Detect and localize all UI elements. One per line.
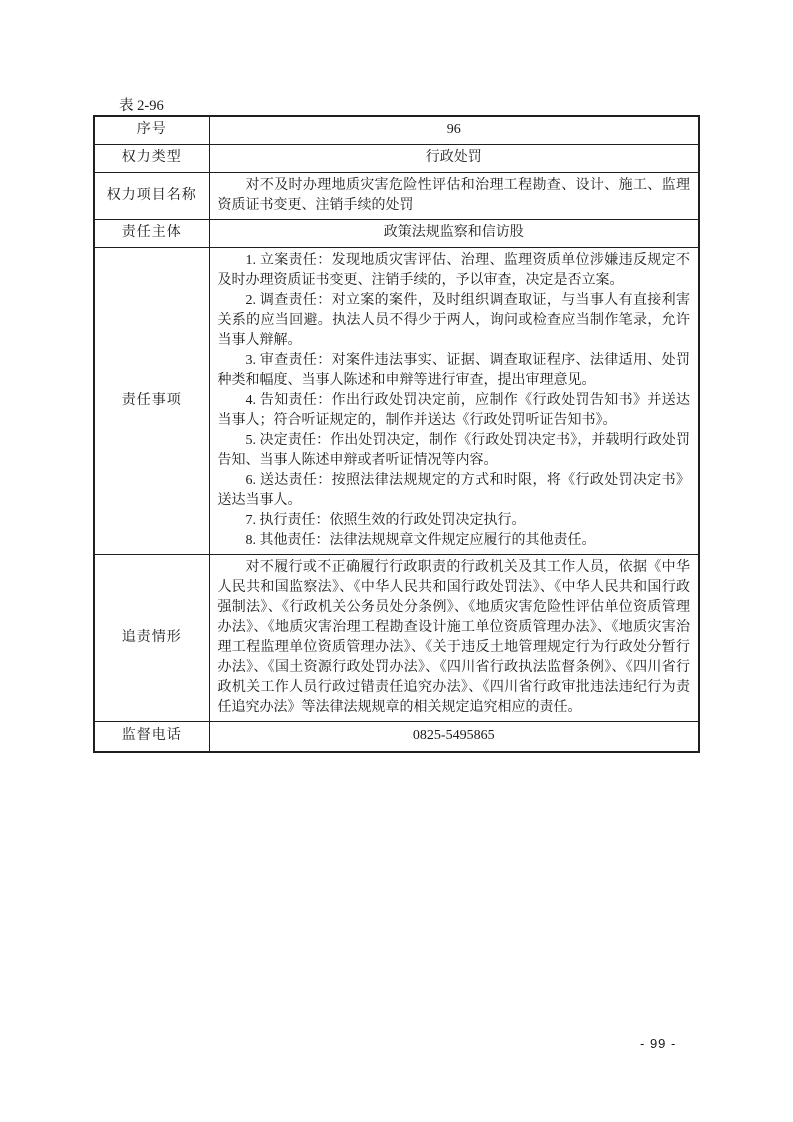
duty-matters-value: 1. 立案责任：发现地质灾害评估、治理、监理资质单位涉嫌违反规定不及时办理资质证… (209, 247, 699, 554)
serial-value: 96 (209, 116, 699, 144)
duty-item: 6. 送达责任：按照法律法规规定的方式和时限，将《行政处罚决定书》送达当事人。 (218, 471, 691, 511)
table-caption: 表 2-96 (119, 94, 164, 115)
accountability-label: 追责情形 (94, 554, 209, 721)
table-row-duty-matters: 责任事项 1. 立案责任：发现地质灾害评估、治理、监理资质单位涉嫌违反规定不及时… (94, 247, 699, 554)
table-row-responsible-body: 责任主体 政策法规监察和信访股 (94, 219, 699, 247)
table-row-power-type: 权力类型 行政处罚 (94, 144, 699, 172)
power-type-value: 行政处罚 (209, 144, 699, 172)
duty-item: 4. 告知责任：作出行政处罚决定前，应制作《行政处罚告知书》并送达当事人；符合听… (218, 391, 691, 431)
duty-item: 5. 决定责任：作出处罚决定，制作《行政处罚决定书》，并载明行政处罚告知、当事人… (218, 431, 691, 471)
duty-item: 3. 审查责任：对案件违法事实、证据、调查取证程序、法律适用、处罚种类和幅度、当… (218, 351, 691, 391)
duty-item: 7. 执行责任：依照生效的行政处罚决定执行。 (218, 511, 691, 531)
supervision-phone-value: 0825-5495865 (209, 721, 699, 752)
power-item-name-value: 对不及时办理地质灾害危险性评估和治理工程勘查、设计、施工、监理资质证书变更、注销… (209, 172, 699, 219)
responsible-body-label: 责任主体 (94, 219, 209, 247)
document-page: 表 2-96 序号 96 权力类型 行政处罚 权力项目名称 对不及时办理地质灾害… (0, 0, 793, 1122)
duty-item: 1. 立案责任：发现地质灾害评估、治理、监理资质单位涉嫌违反规定不及时办理资质证… (218, 251, 691, 291)
power-item-name-text: 对不及时办理地质灾害危险性评估和治理工程勘查、设计、施工、监理资质证书变更、注销… (218, 176, 691, 216)
duty-item: 2. 调查责任：对立案的案件，及时组织调查取证，与当事人有直接利害关系的应当回避… (218, 291, 691, 351)
accountability-text: 对不履行或不正确履行行政职责的行政机关及其工作人员，依据《中华人民共和国监察法》… (218, 558, 691, 718)
page-number: - 99 - (640, 1036, 676, 1051)
accountability-value: 对不履行或不正确履行行政职责的行政机关及其工作人员，依据《中华人民共和国监察法》… (209, 554, 699, 721)
supervision-phone-label: 监督电话 (94, 721, 209, 752)
table-row-accountability: 追责情形 对不履行或不正确履行行政职责的行政机关及其工作人员，依据《中华人民共和… (94, 554, 699, 721)
duty-item: 8. 其他责任：法律法规规章文件规定应履行的其他责任。 (218, 531, 691, 551)
power-item-table: 序号 96 权力类型 行政处罚 权力项目名称 对不及时办理地质灾害危险性评估和治… (93, 115, 700, 753)
responsible-body-value: 政策法规监察和信访股 (209, 219, 699, 247)
duty-matters-label: 责任事项 (94, 247, 209, 554)
table-row-power-item-name: 权力项目名称 对不及时办理地质灾害危险性评估和治理工程勘查、设计、施工、监理资质… (94, 172, 699, 219)
power-item-name-label: 权力项目名称 (94, 172, 209, 219)
serial-label: 序号 (94, 116, 209, 144)
table-row-supervision-phone: 监督电话 0825-5495865 (94, 721, 699, 752)
power-type-label: 权力类型 (94, 144, 209, 172)
table-row-serial: 序号 96 (94, 116, 699, 144)
